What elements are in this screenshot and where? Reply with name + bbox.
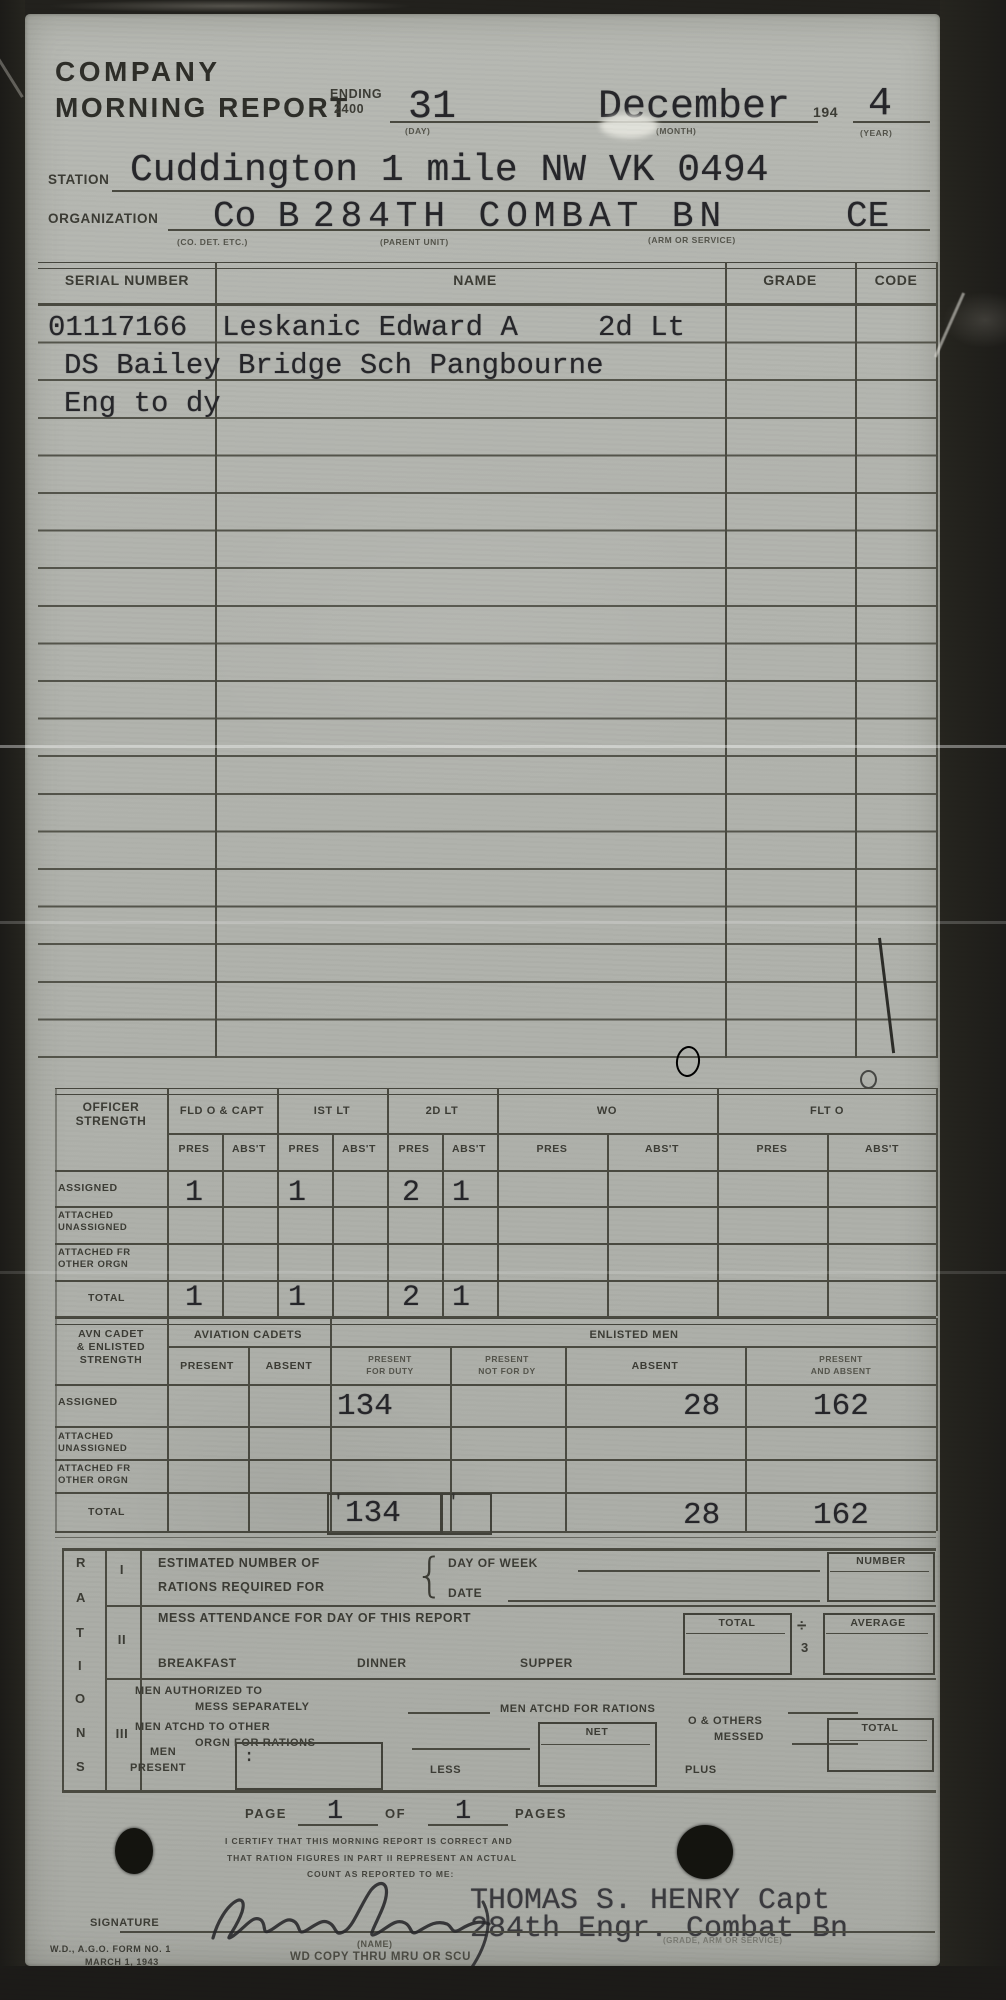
form-title-line2: MORNING REPORT — [55, 92, 350, 124]
signature-label: SIGNATURE — [90, 1917, 159, 1929]
rations-day-underline — [578, 1570, 820, 1572]
cadet-title-2: & ENLISTED — [77, 1341, 145, 1353]
rations-i-line2: RATIONS REQUIRED FOR — [158, 1580, 325, 1594]
officer-vline-label — [167, 1088, 169, 1316]
scan-blob-artifact — [600, 114, 658, 138]
page-number-value: 1 — [327, 1797, 343, 1827]
rations-letter-a: A — [76, 1590, 86, 1605]
rations-divider-1 — [105, 1605, 936, 1607]
cadet-col-present: PRESENT — [180, 1360, 234, 1372]
scan-border-left — [0, 0, 25, 2000]
year-underline — [853, 121, 930, 123]
rations-men-label: MEN — [150, 1746, 176, 1758]
rations-atchdfor-underline — [788, 1712, 858, 1714]
cadet-group-cadets: AVIATION CADETS — [194, 1329, 302, 1341]
cadet-header-bottom-line — [55, 1384, 936, 1386]
officer-assigned-2dlt-abst: 1 — [452, 1176, 470, 1210]
cadet-bottom-line-2 — [55, 1537, 936, 1538]
cadet-col-pa-2: AND ABSENT — [811, 1366, 871, 1376]
entry-line3: Eng to dy — [64, 387, 221, 420]
officer-total-2dlt-pres: 2 — [402, 1281, 420, 1315]
officer-row-line-2 — [55, 1243, 936, 1245]
entry-name: Leskanic Edward A — [222, 311, 518, 344]
officer-row-attun-label2: UNASSIGNED — [58, 1222, 127, 1233]
cadet-subheader-line — [167, 1346, 936, 1348]
officer-vline-g3 — [497, 1088, 499, 1316]
cadet-group-enlisted: ENLISTED MEN — [589, 1329, 678, 1341]
pages-total-value: 1 — [455, 1797, 471, 1827]
rations-less-label: LESS — [430, 1764, 461, 1776]
rations-total3-label: TOTAL — [861, 1722, 898, 1734]
roster-header-grade: GRADE — [763, 272, 817, 288]
day-sublabel: (DAY) — [405, 126, 430, 136]
rations-total-box-line — [686, 1633, 785, 1634]
officer-total-fldo-pres: 1 — [185, 1281, 203, 1315]
officer-table-top-border — [55, 1088, 936, 1095]
officer-vline-s3 — [442, 1133, 444, 1316]
rations-vline-left — [62, 1548, 64, 1790]
of-label: OF — [385, 1806, 406, 1821]
year-sublabel: (YEAR) — [860, 128, 892, 138]
rations-date-label: DATE — [448, 1586, 482, 1600]
entry-serial: 01117166 — [48, 311, 187, 344]
cadet-row-line-2 — [55, 1459, 936, 1461]
officer-col-abst-2: ABS'T — [342, 1143, 376, 1155]
rations-breakfast-label: BREAKFAST — [158, 1656, 237, 1670]
rations-vline-nums — [140, 1548, 142, 1790]
rations-day-of-week-label: DAY OF WEEK — [448, 1556, 538, 1570]
pen-small-mark — [860, 1070, 877, 1089]
cadet-row-total-label: TOTAL — [88, 1506, 125, 1518]
officer-assigned-fldo-pres: 1 — [185, 1176, 203, 1210]
station-underline — [112, 190, 930, 192]
year-prefix: 194 — [813, 104, 838, 120]
officer-assigned-2dlt-pres: 2 — [402, 1176, 420, 1210]
rations-bottom-border — [62, 1790, 936, 1793]
cadet-row-assigned-label: ASSIGNED — [58, 1396, 118, 1408]
cadet-vline-left — [55, 1318, 57, 1531]
arm-service-sublabel: (ARM OR SERVICE) — [648, 235, 736, 245]
rations-oothers-label2: MESSED — [714, 1731, 764, 1743]
roster-right-border — [936, 262, 938, 1058]
rations-auth-label2: MESS SEPARATELY — [195, 1701, 310, 1713]
officer-vline-s5 — [827, 1133, 829, 1316]
officer-total-1stlt-pres: 1 — [288, 1281, 306, 1315]
rations-net-label: NET — [586, 1726, 609, 1738]
cadet-assigned-pa: 162 — [813, 1389, 869, 1424]
roster-divider-grade — [725, 262, 727, 1058]
cadet-vline-label — [167, 1318, 169, 1531]
station-value: Cuddington 1 mile NW VK 0494 — [130, 149, 769, 192]
scan-artifact-line-1 — [0, 745, 1006, 748]
rations-total3-box-line — [830, 1740, 927, 1741]
rations-total-label: TOTAL — [718, 1617, 755, 1629]
officer-row-total-label: TOTAL — [88, 1292, 125, 1304]
divisor-three: 3 — [801, 1640, 809, 1655]
rations-men-present-box — [235, 1742, 383, 1790]
officer-group-flto: FLT O — [810, 1105, 844, 1117]
certify-line-2: THAT RATION FIGURES IN PART II REPRESENT… — [227, 1853, 517, 1863]
cadet-vline-s4 — [745, 1346, 747, 1531]
rations-vline-letters — [105, 1548, 107, 1790]
officer-vline-g4 — [717, 1088, 719, 1316]
cadet-total-pa: 162 — [813, 1498, 869, 1533]
organization-underline — [168, 229, 930, 231]
cadet-total-absent: 28 — [683, 1498, 720, 1533]
pen-tick-2: ' — [448, 1493, 459, 1513]
cadet-col-pfd-2: FOR DUTY — [366, 1366, 413, 1376]
cadet-assigned-absent: 28 — [683, 1389, 720, 1424]
rations-i-line1: ESTIMATED NUMBER OF — [158, 1556, 320, 1570]
organization-label: ORGANIZATION — [48, 211, 158, 226]
officer-row-attun-label1: ATTACHED — [58, 1210, 114, 1221]
rations-other-underline — [412, 1748, 530, 1750]
officer-group-2dlt: 2D LT — [426, 1105, 459, 1117]
scan-artifact-line-2 — [0, 921, 1006, 924]
month-sublabel: (MONTH) — [656, 126, 696, 136]
rations-letter-n: N — [76, 1725, 86, 1740]
rations-auth-label1: MEN AUTHORIZED TO — [135, 1685, 263, 1697]
roster-header-serial: SERIAL NUMBER — [65, 272, 189, 288]
officer-vline-left — [55, 1088, 57, 1316]
scan-border-right — [940, 0, 1006, 2000]
officer-total-2dlt-abst: 1 — [452, 1281, 470, 1315]
form-title-line1: COMPANY — [55, 56, 221, 88]
scan-artifact-line-3 — [0, 1271, 1006, 1274]
officer-vline-s4 — [607, 1133, 609, 1316]
cadet-col-abs: ABSENT — [632, 1360, 679, 1372]
pen-colon-mark: : — [244, 1748, 254, 1767]
entry-line2: DS Bailey Bridge Sch Pangbourne — [64, 349, 604, 382]
officer-row-attfr-label2: OTHER ORGN — [58, 1259, 128, 1270]
rations-num-iii: III — [116, 1726, 129, 1741]
cadet-col-pfd-1: PRESENT — [368, 1354, 412, 1364]
hole-punch-right — [677, 1825, 733, 1879]
officer-col-abst-3: ABS'T — [452, 1143, 486, 1155]
ending-label: ENDING — [330, 87, 382, 101]
cadet-row-attun-label2: UNASSIGNED — [58, 1443, 127, 1454]
form-number: W.D., A.G.O. FORM NO. 1 — [50, 1944, 171, 1954]
rations-letter-s: S — [76, 1759, 85, 1774]
roster-header-code: CODE — [875, 272, 918, 288]
cadet-total-box-divider — [440, 1493, 443, 1533]
cadet-col-pnfd-1: PRESENT — [485, 1354, 529, 1364]
officer-group-fldo: FLD O & CAPT — [180, 1105, 264, 1117]
cadet-vline-right — [936, 1318, 938, 1531]
officer-col-pres-2: PRES — [289, 1143, 320, 1155]
rations-messsep-underline — [408, 1712, 490, 1714]
cadet-row-attun-label1: ATTACHED — [58, 1431, 114, 1442]
station-label: STATION — [48, 172, 109, 187]
officer-col-pres-4: PRES — [537, 1143, 568, 1155]
cadet-bottom-line — [55, 1531, 936, 1533]
rations-oothers-label1: O & OTHERS — [688, 1715, 762, 1727]
rations-num-ii: II — [118, 1632, 126, 1647]
divide-symbol: ÷ — [797, 1616, 807, 1636]
wd-copy-note: WD COPY THRU MRU OR SCU — [290, 1951, 471, 1963]
officer-col-abst-4: ABS'T — [645, 1143, 679, 1155]
scanned-morning-report: COMPANY MORNING REPORT ENDING 2400 31 De… — [0, 0, 1006, 2000]
rations-other-label1: MEN ATCHD TO OTHER — [135, 1721, 270, 1733]
cadet-vline-s3 — [565, 1346, 567, 1531]
rations-num-i: I — [120, 1562, 124, 1577]
grade-sublabel: (GRADE, ARM OR SERVICE) — [663, 1936, 783, 1945]
officer-col-pres-3: PRES — [399, 1143, 430, 1155]
cadet-col-absent: ABSENT — [266, 1360, 313, 1372]
date-day-value: 31 — [408, 85, 456, 130]
rations-top-border — [62, 1548, 936, 1551]
officer-row-attfr-label1: ATTACHED FR — [58, 1247, 131, 1258]
roster-header-name: NAME — [453, 272, 497, 288]
officer-subheader-line — [167, 1133, 936, 1135]
cadet-col-pa-1: PRESENT — [819, 1354, 863, 1364]
cadet-row-attfr-label1: ATTACHED FR — [58, 1463, 131, 1474]
officer-title-1: OFFICER — [83, 1100, 140, 1114]
officer-assigned-1stlt-pres: 1 — [288, 1176, 306, 1210]
officer-vline-s2 — [332, 1133, 334, 1316]
cadet-vline-s1 — [248, 1346, 250, 1531]
officer-row-assigned-label: ASSIGNED — [58, 1182, 118, 1194]
officer-vline-g1 — [277, 1088, 279, 1316]
cadet-total-pfd: 134 — [345, 1496, 401, 1531]
rations-average-label: AVERAGE — [850, 1617, 905, 1629]
rations-date-underline — [508, 1600, 820, 1602]
roster-top-border — [38, 262, 936, 269]
rations-number-label: NUMBER — [856, 1555, 906, 1567]
rations-letter-i: I — [78, 1658, 82, 1673]
ending-time: 2400 — [334, 102, 364, 116]
pages-label: PAGES — [515, 1806, 567, 1821]
officer-col-abst-5: ABS'T — [865, 1143, 899, 1155]
entry-grade: 2d Lt — [598, 311, 685, 344]
rations-number-box-line — [830, 1571, 929, 1572]
cadet-title-1: AVN CADET — [78, 1328, 144, 1340]
officer-col-abst-1: ABS'T — [232, 1143, 266, 1155]
rations-letter-r: R — [76, 1555, 86, 1570]
cadet-table-top-border — [55, 1318, 936, 1325]
cadet-title-3: STRENGTH — [80, 1354, 143, 1366]
rations-brace: { — [415, 1548, 444, 1602]
co-det-sublabel: (CO. DET. ETC.) — [177, 237, 248, 247]
cadet-row-attfr-label2: OTHER ORGN — [58, 1475, 128, 1486]
pen-tick-1: ' — [333, 1493, 344, 1513]
roster-divider-code — [855, 262, 857, 1058]
rations-present-label: PRESENT — [130, 1762, 186, 1774]
rations-supper-label: SUPPER — [520, 1656, 573, 1670]
certify-line-1: I CERTIFY THAT THIS MORNING REPORT IS CO… — [225, 1836, 513, 1846]
rations-dinner-label: DINNER — [357, 1656, 407, 1670]
rations-net-box-line — [541, 1744, 650, 1745]
rations-plus-label: PLUS — [685, 1764, 717, 1776]
officer-header-bottom-line — [55, 1170, 936, 1172]
officer-vline-right — [936, 1088, 938, 1316]
name-sublabel: (NAME) — [357, 1939, 393, 1949]
scan-border-top — [0, 0, 1006, 14]
officer-vline-g2 — [387, 1088, 389, 1316]
officer-vline-s1 — [222, 1133, 224, 1316]
rations-atchdfor-label: MEN ATCHD FOR RATIONS — [500, 1703, 655, 1715]
parent-unit-sublabel: (PARENT UNIT) — [380, 237, 449, 247]
rations-average-box-line — [826, 1633, 928, 1634]
page-label: PAGE — [245, 1806, 287, 1821]
rations-letter-o: O — [75, 1691, 86, 1706]
rations-divider-2 — [105, 1678, 936, 1680]
cadet-row-line-3 — [55, 1492, 936, 1494]
officer-group-1stlt: IST LT — [314, 1105, 350, 1117]
hole-punch-left — [115, 1828, 153, 1874]
officer-col-pres-1: PRES — [179, 1143, 210, 1155]
cadet-assigned-pfd: 134 — [337, 1389, 393, 1424]
officer-group-wo: WO — [597, 1105, 617, 1117]
cadet-row-line-1 — [55, 1426, 936, 1428]
scan-border-bottom — [0, 1966, 1006, 2000]
rations-ii-line1: MESS ATTENDANCE FOR DAY OF THIS REPORT — [158, 1611, 471, 1625]
cadet-col-pnfd-2: NOT FOR DY — [478, 1366, 535, 1376]
officer-col-pres-5: PRES — [757, 1143, 788, 1155]
rations-letter-t: T — [76, 1625, 85, 1640]
officer-title-2: STRENGTH — [76, 1114, 147, 1128]
